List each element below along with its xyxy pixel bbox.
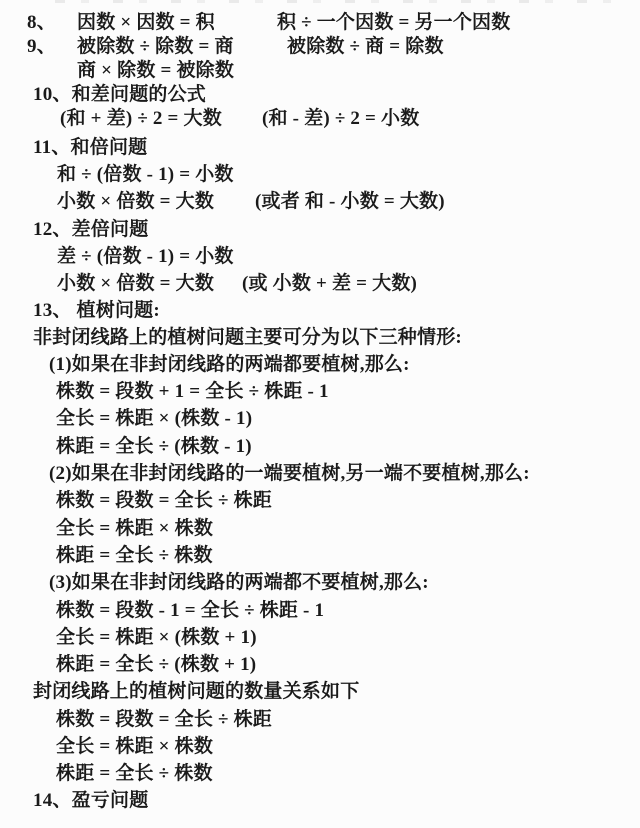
item-9-formula-left: 被除数 ÷ 除数 = 商 — [77, 36, 234, 58]
item-13-case3-formula-2: 全长 = 株距 × (株数 + 1) — [56, 627, 257, 649]
item-9-formula-extra: 商 × 除数 = 被除数 — [77, 60, 234, 82]
item-13-case2-formula-1: 株数 = 段数 = 全长 ÷ 株距 — [56, 490, 272, 512]
item-10-formula-1: (和 + 差) ÷ 2 = 大数 — [60, 108, 222, 130]
item-11-formula-2: 小数 × 倍数 = 大数 — [57, 191, 214, 213]
item-12-title: 12、差倍问题 — [33, 219, 148, 241]
item-13-case2-formula-3: 株距 = 全长 ÷ 株数 — [56, 545, 213, 567]
item-8-formula-left: 因数 × 因数 = 积 — [77, 12, 215, 34]
item-8-formula-right: 积 ÷ 一个因数 = 另一个因数 — [277, 12, 510, 34]
item-12-formula-1: 差 ÷ (倍数 - 1) = 小数 — [57, 246, 234, 268]
item-13-case1-heading: (1)如果在非封闭线路的两端都要植树,那么: — [49, 354, 410, 376]
item-13-case3-heading: (3)如果在非封闭线路的两端都不要植树,那么: — [49, 572, 429, 594]
item-13-case2-formula-2: 全长 = 株距 × 株数 — [56, 518, 213, 540]
item-11-title: 11、和倍问题 — [33, 137, 147, 159]
item-12-formula-2-alt: (或 小数 + 差 = 大数) — [242, 273, 417, 295]
item-9-number: 9、 — [27, 36, 56, 58]
item-13-closed-formula-2: 全长 = 株距 × 株数 — [56, 736, 213, 758]
item-14-title: 14、盈亏问题 — [33, 790, 148, 812]
item-13-case3-formula-3: 株距 = 全长 ÷ (株数 + 1) — [56, 654, 256, 676]
item-10-formula-2: (和 - 差) ÷ 2 = 小数 — [262, 108, 419, 130]
item-13-case1-formula-3: 株距 = 全长 ÷ (株数 - 1) — [56, 436, 252, 458]
item-11-formula-1: 和 ÷ (倍数 - 1) = 小数 — [57, 164, 234, 186]
item-13-closed-formula-3: 株距 = 全长 ÷ 株数 — [56, 763, 213, 785]
item-12-formula-2: 小数 × 倍数 = 大数 — [57, 273, 214, 295]
item-8-number: 8、 — [27, 12, 56, 34]
item-13-intro: 非封闭线路上的植树问题主要可分为以下三种情形: — [33, 327, 462, 349]
item-11-formula-2-alt: (或者 和 - 小数 = 大数) — [255, 191, 445, 213]
item-13-title: 13、 植树问题: — [33, 300, 160, 322]
item-13-case2-heading: (2)如果在非封闭线路的一端要植树,另一端不要植树,那么: — [49, 463, 530, 485]
item-13-case3-formula-1: 株数 = 段数 - 1 = 全长 ÷ 株距 - 1 — [56, 600, 324, 622]
item-13-case1-formula-2: 全长 = 株距 × (株数 - 1) — [56, 408, 252, 430]
item-9-formula-right: 被除数 ÷ 商 = 除数 — [287, 36, 444, 58]
item-13-closed-formula-1: 株数 = 段数 = 全长 ÷ 株距 — [56, 709, 272, 731]
item-13-closed-heading: 封闭线路上的植树问题的数量关系如下 — [33, 681, 359, 703]
cropped-text-remnant — [55, 0, 630, 3]
item-10-title: 10、和差问题的公式 — [33, 84, 206, 106]
item-13-case1-formula-1: 株数 = 段数 + 1 = 全长 ÷ 株距 - 1 — [56, 381, 329, 403]
document-page: 8、 因数 × 因数 = 积 积 ÷ 一个因数 = 另一个因数 9、 被除数 ÷… — [0, 0, 640, 828]
